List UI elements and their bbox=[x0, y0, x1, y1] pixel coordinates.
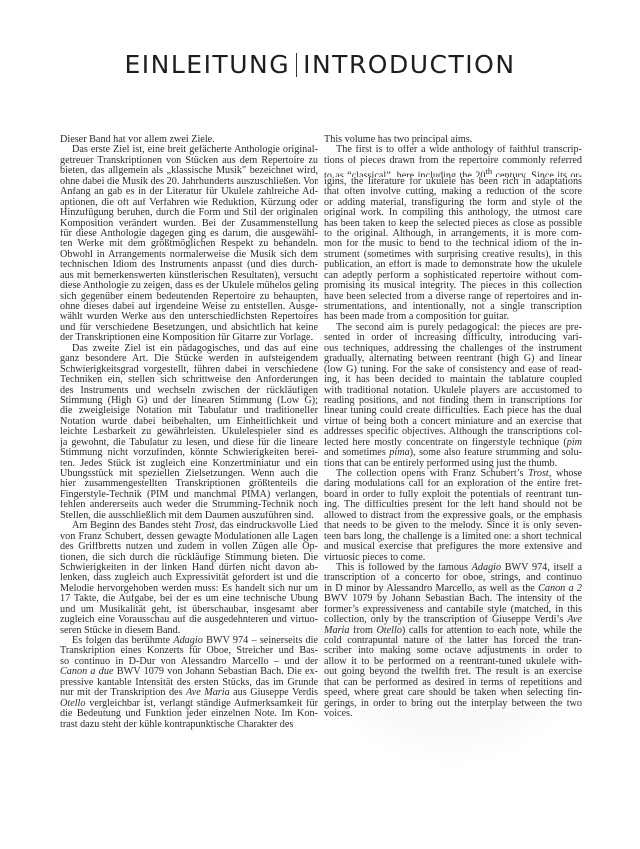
text-line: or adding material, transfiguring the fo… bbox=[324, 198, 582, 208]
text-line: technischen Idiom des Instruments anpass… bbox=[60, 260, 318, 270]
text-line: Das erste Ziel ist, eine breit gefächert… bbox=[60, 145, 318, 155]
text-line: leichte Lesbarkeit zu gewährleisten. Uku… bbox=[60, 427, 318, 437]
text-line: Stellen, die ausschließlich mit dem Daum… bbox=[60, 511, 318, 521]
text-line: so continuo in D-Dur von Alessandro Marc… bbox=[60, 657, 318, 667]
text-line: have been selected from a diverse range … bbox=[324, 292, 582, 302]
text-line: has been made from a composition for gui… bbox=[324, 312, 582, 322]
text-line: Dieser Band hat vor allem zwei Ziele. bbox=[60, 135, 318, 145]
text-line: des Griffbretts nutzen und zudem in voll… bbox=[60, 542, 318, 552]
text-line: collection, only by the transcription of… bbox=[324, 615, 582, 625]
text-line: igins, the literature for ukulele has be… bbox=[324, 177, 582, 187]
text-line: cold contrapuntal nature of the latter h… bbox=[324, 636, 582, 646]
text-line: bieten, das allgemein als „klassische Mu… bbox=[60, 166, 318, 176]
text-line: tions that can be entirely performed usi… bbox=[324, 459, 582, 469]
text-line: that needs to be given to the melody. Si… bbox=[324, 521, 582, 531]
text-line: ohne dieses dabei auf irgendeine Weise z… bbox=[60, 302, 318, 312]
text-line: original work. In compiling this antholo… bbox=[324, 208, 582, 218]
paragraph: Das erste Ziel ist, eine breit gefächert… bbox=[60, 145, 318, 343]
paragraph: The collection opens with Franz Schubert… bbox=[324, 469, 582, 563]
text-line: virtuosic pieces to come. bbox=[324, 553, 582, 563]
text-line: Fingerstyle-Technik (PIM und manchmal PI… bbox=[60, 490, 318, 500]
text-line: strumentations, and intentionally, not a… bbox=[324, 302, 582, 312]
text-line: lected here mostly concentrate on finger… bbox=[324, 438, 582, 448]
text-line: gradually, alternating between reentrant… bbox=[324, 354, 582, 364]
text-line: wählt wurden Werke aus den unterschiedli… bbox=[60, 312, 318, 322]
paragraph: Dieser Band hat vor allem zwei Ziele. bbox=[60, 135, 318, 145]
text-line: Stimmung nicht vorzufinden, könnte Schwi… bbox=[60, 448, 318, 458]
text-line: die zweigleisige Notation mit Tabulatur … bbox=[60, 406, 318, 416]
paragraph: The second aim is purely pedagogical: th… bbox=[324, 323, 582, 469]
text-line: trast dazu steht der kühle kontrapunktis… bbox=[60, 720, 318, 730]
english-column: This volume has two principal aims.The f… bbox=[324, 135, 582, 720]
text-line: that can be performed as desired in term… bbox=[324, 678, 582, 688]
text-line: The collection opens with Franz Schubert… bbox=[324, 469, 582, 479]
text-line: ous techniques, addressing the challenge… bbox=[324, 344, 582, 354]
paragraph: The first is to offer a wide anthology o… bbox=[324, 145, 582, 322]
text-line: Schwierigkeitsgrad vorgestellt, führen d… bbox=[60, 365, 318, 375]
text-line: mon for the music to bend to the technic… bbox=[324, 239, 582, 249]
text-line: Otello vergleichbar ist, verlangt ständi… bbox=[60, 699, 318, 709]
text-line: in D minor by Alessandro Marcello, as we… bbox=[324, 584, 582, 594]
text-line: former’s expressiveness and cantabile st… bbox=[324, 605, 582, 615]
text-line: die Bedeutung und Funktion jeder einzeln… bbox=[60, 709, 318, 719]
text-line: Es folgen das berühmte Adagio BWV 974 – … bbox=[60, 636, 318, 646]
text-line: promising its musical integrity. The pie… bbox=[324, 281, 582, 291]
text-line: The first is to offer a wide anthology o… bbox=[324, 145, 582, 155]
text-line: allow it to be performed on a reentrant-… bbox=[324, 657, 582, 667]
text-line: Komposition verändert wurden. Bei der Zu… bbox=[60, 219, 318, 229]
text-line: Canon a due BWV 1079 von Johann Sebastia… bbox=[60, 667, 318, 677]
text-line: des Instruments und wechseln zwischen de… bbox=[60, 386, 318, 396]
text-line: board in order to fully exploit the pote… bbox=[324, 490, 582, 500]
german-column: Dieser Band hat vor allem zwei Ziele.Das… bbox=[60, 135, 318, 730]
text-line: Melodie hervorgehoben werden muss: Es ha… bbox=[60, 584, 318, 594]
text-line: Maria from Otello) calls for attention t… bbox=[324, 626, 582, 636]
text-line: Schwierigkeiten in der linken Hand dürfe… bbox=[60, 563, 318, 573]
text-line: (low G) tuning. For the sake of consiste… bbox=[324, 365, 582, 375]
text-line: tions of pieces drawn from the repertoir… bbox=[324, 156, 582, 166]
text-line: publication, an effort is made to demons… bbox=[324, 260, 582, 270]
paragraph: Es folgen das berühmte Adagio BWV 974 – … bbox=[60, 636, 318, 730]
text-line: This volume has two principal aims. bbox=[324, 135, 582, 145]
text-line: strument (sometimes with surprising crea… bbox=[324, 250, 582, 260]
text-line: Übungsstück mit speziellen Zielsetzungen… bbox=[60, 469, 318, 479]
text-line: that often involve cutting, making a red… bbox=[324, 187, 582, 197]
text-line: aus mit bemerkenswerten künstlerischen R… bbox=[60, 271, 318, 281]
text-line: tionen, die sich durch die rückläufige S… bbox=[60, 553, 318, 563]
text-line: getreuer Transkriptionen von Stücken aus… bbox=[60, 156, 318, 166]
title-english: INTRODUCTION bbox=[303, 50, 515, 79]
text-line: linear tuning could create difficulties.… bbox=[324, 406, 582, 416]
text-line: ing. The difficulties present for the le… bbox=[324, 500, 582, 510]
text-line: ganz besondere Art. Die Stücke werden in… bbox=[60, 354, 318, 364]
text-line: to the original. Although, in arrangemen… bbox=[324, 229, 582, 239]
text-line: ja gewohnt, die Tabulatur zu lesen, und … bbox=[60, 438, 318, 448]
text-line: Am Beginn des Bandes steht Trost, das ei… bbox=[60, 521, 318, 531]
text-line: aptionen, die oft auf Verfahren wie Redu… bbox=[60, 198, 318, 208]
text-line: scriber into making some octave adjustme… bbox=[324, 646, 582, 656]
text-line: der Transkriptionen eine Komposition für… bbox=[60, 333, 318, 343]
text-line: virtue of being both a concert miniature… bbox=[324, 417, 582, 427]
text-line: with traditional notation. Ukulele playe… bbox=[324, 386, 582, 396]
text-line: addresses specific objectives. Although … bbox=[324, 427, 582, 437]
title-german: EINLEITUNG bbox=[124, 50, 290, 79]
text-line: ing, it has been decided to maintain the… bbox=[324, 375, 582, 385]
text-line: lenken, dass zugleich auch Expressivität… bbox=[60, 573, 318, 583]
text-line: ohne dabei die Musik des 20. Jahrhundert… bbox=[60, 177, 318, 187]
text-line: out going beyond the twelfth fret. The r… bbox=[324, 667, 582, 677]
text-line: sented in order of increasing difficulty… bbox=[324, 333, 582, 343]
text-line: ten Werke mit dem größtmöglichen Respekt… bbox=[60, 239, 318, 249]
text-line: This is followed by the famous Adagio BW… bbox=[324, 563, 582, 573]
text-line: diese Anthologie zu zeigen, dass es der … bbox=[60, 281, 318, 291]
text-line: daring modulations call for an explorati… bbox=[324, 479, 582, 489]
text-line: sich gegenüber einem bedeutenden Reperto… bbox=[60, 292, 318, 302]
text-line: Stimmung (High G) und der linearen Stimm… bbox=[60, 396, 318, 406]
text-line: seren Stücke in diesem Band. bbox=[60, 626, 318, 636]
text-line: speed, where great care should be taken … bbox=[324, 688, 582, 698]
text-line: nur mit der Transkription des Ave Maria … bbox=[60, 688, 318, 698]
title-divider bbox=[296, 53, 297, 77]
text-line: 17 Takte, die Aufgabe, bei der es um ein… bbox=[60, 594, 318, 604]
text-line: has been taken to keep the selected piec… bbox=[324, 219, 582, 229]
text-line: and sometimes pima), some also feature s… bbox=[324, 448, 582, 458]
paragraph: Das zweite Ziel ist ein pädagogisches, u… bbox=[60, 344, 318, 521]
page-title: EINLEITUNGINTRODUCTION bbox=[0, 50, 640, 79]
text-line: allowed to distract from the expressive … bbox=[324, 511, 582, 521]
paragraph: Am Beginn des Bandes steht Trost, das ei… bbox=[60, 521, 318, 636]
text-line: Anfang an gab es in der Literatur für Uk… bbox=[60, 187, 318, 197]
text-line: Notation wurde dabei beibehalten, um Ein… bbox=[60, 417, 318, 427]
paragraph: This volume has two principal aims. bbox=[324, 135, 582, 145]
text-line: The second aim is purely pedagogical: th… bbox=[324, 323, 582, 333]
text-line: gerings, in order to bring out the inter… bbox=[324, 699, 582, 709]
text-line: teen bars long, the challenge is a limit… bbox=[324, 532, 582, 542]
text-line: transcription of a concerto for oboe, st… bbox=[324, 573, 582, 583]
text-line: reading positions, and not finding them … bbox=[324, 396, 582, 406]
text-line: von Franz Schubert, dessen gewagte Modul… bbox=[60, 532, 318, 542]
text-line: fehlen andererseits auch weder die Strum… bbox=[60, 500, 318, 510]
text-line: Obwohl in Arrangements normalerweise die… bbox=[60, 250, 318, 260]
text-line: ten. Jedes Stück ist zugleich eine Konze… bbox=[60, 459, 318, 469]
text-line: BWV 1079 by Johann Sebastian Bach. The i… bbox=[324, 594, 582, 604]
text-line: Techniken ein, stellen sich schrittweise… bbox=[60, 375, 318, 385]
paragraph: This is followed by the famous Adagio BW… bbox=[324, 563, 582, 720]
text-line: hier zusammengestellten Transkriptionen … bbox=[60, 479, 318, 489]
text-line: und für verschiedene Besetzungen, und ab… bbox=[60, 323, 318, 333]
text-line: voices. bbox=[324, 709, 582, 719]
text-line: Transkription eines Konzerts für Oboe, S… bbox=[60, 646, 318, 656]
text-line: und um Musikalität geht, ist überschauba… bbox=[60, 605, 318, 615]
text-line: can adeptly perform a sophisticated repe… bbox=[324, 271, 582, 281]
text-line: zugleich eine Vorausschau auf die ausged… bbox=[60, 615, 318, 625]
text-line: Das zweite Ziel ist ein pädagogisches, u… bbox=[60, 344, 318, 354]
text-line: pressive kantable Intensität des ersten … bbox=[60, 678, 318, 688]
text-line: and musical exercise that prefigures the… bbox=[324, 542, 582, 552]
text-line: für diese Anthologie dagegen ging es dar… bbox=[60, 229, 318, 239]
text-line: to as “classical”, here including the 20… bbox=[324, 166, 582, 176]
text-line: Hinzufügung beruhen, durch die Form und … bbox=[60, 208, 318, 218]
